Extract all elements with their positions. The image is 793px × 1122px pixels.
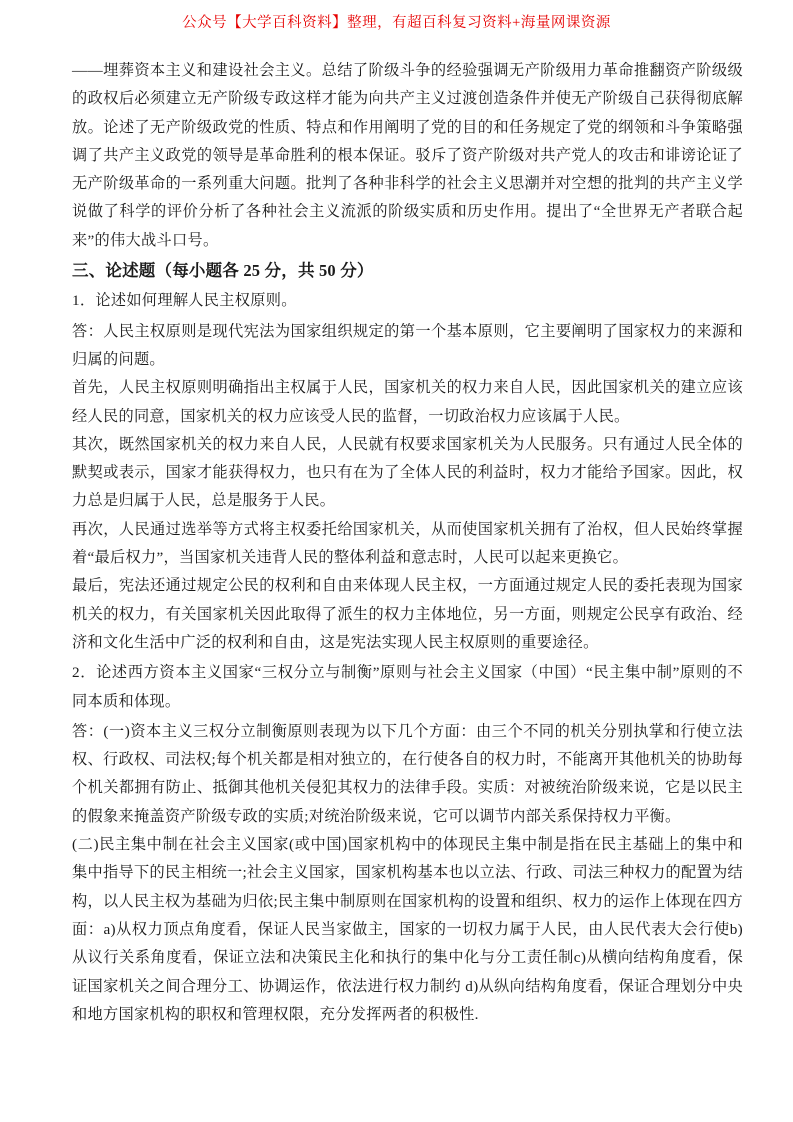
answer-1-point-second: 其次，既然国家机关的权力来自人民，人民就有权要求国家机关为人民服务。只有通过人民… (72, 431, 743, 516)
question-2: 2．论述西方资本主义国家“三权分立与制衡”原则与社会主义国家（中国）“民主集中制… (72, 659, 743, 716)
paragraph-manifesto-summary: ——埋葬资本主义和建设社会主义。总结了阶级斗争的经验强调无产阶级用力革命推翻资产… (72, 57, 743, 255)
question-1: 1．论述如何理解人民主权原则。 (72, 287, 743, 315)
answer-2-part-1: 答：(一)资本主义三权分立制衡原则表现为以下几个方面：由三个不同的机关分别执掌和… (72, 718, 743, 831)
answer-2-part-2: (二)民主集中制在社会主义国家(或中国)国家机构中的体现民主集中制是指在民主基础… (72, 831, 743, 1029)
document-body: ——埋葬资本主义和建设社会主义。总结了阶级斗争的经验强调无产阶级用力革命推翻资产… (0, 33, 793, 1029)
document-page: 公众号【大学百科资料】整理，有超百科复习资料+海量网课资源 ——埋葬资本主义和建… (0, 0, 793, 1122)
answer-1-point-last: 最后，宪法还通过规定公民的权利和自由来体现人民主权，一方面通过规定人民的委托表现… (72, 572, 743, 657)
answer-1-point-third: 再次，人民通过选举等方式将主权委托给国家机关，从而使国家机关拥有了治权，但人民始… (72, 516, 743, 573)
answer-1-point-first: 首先，人民主权原则明确指出主权属于人民，国家机关的权力来自人民，因此国家机关的建… (72, 374, 743, 431)
promo-header: 公众号【大学百科资料】整理，有超百科复习资料+海量网课资源 (0, 0, 793, 33)
answer-1-intro: 答：人民主权原则是现代宪法为国家组织规定的第一个基本原则，它主要阐明了国家权力的… (72, 318, 743, 375)
section-heading-essay-questions: 三、论述题（每小题各 25 分，共 50 分） (72, 257, 743, 285)
